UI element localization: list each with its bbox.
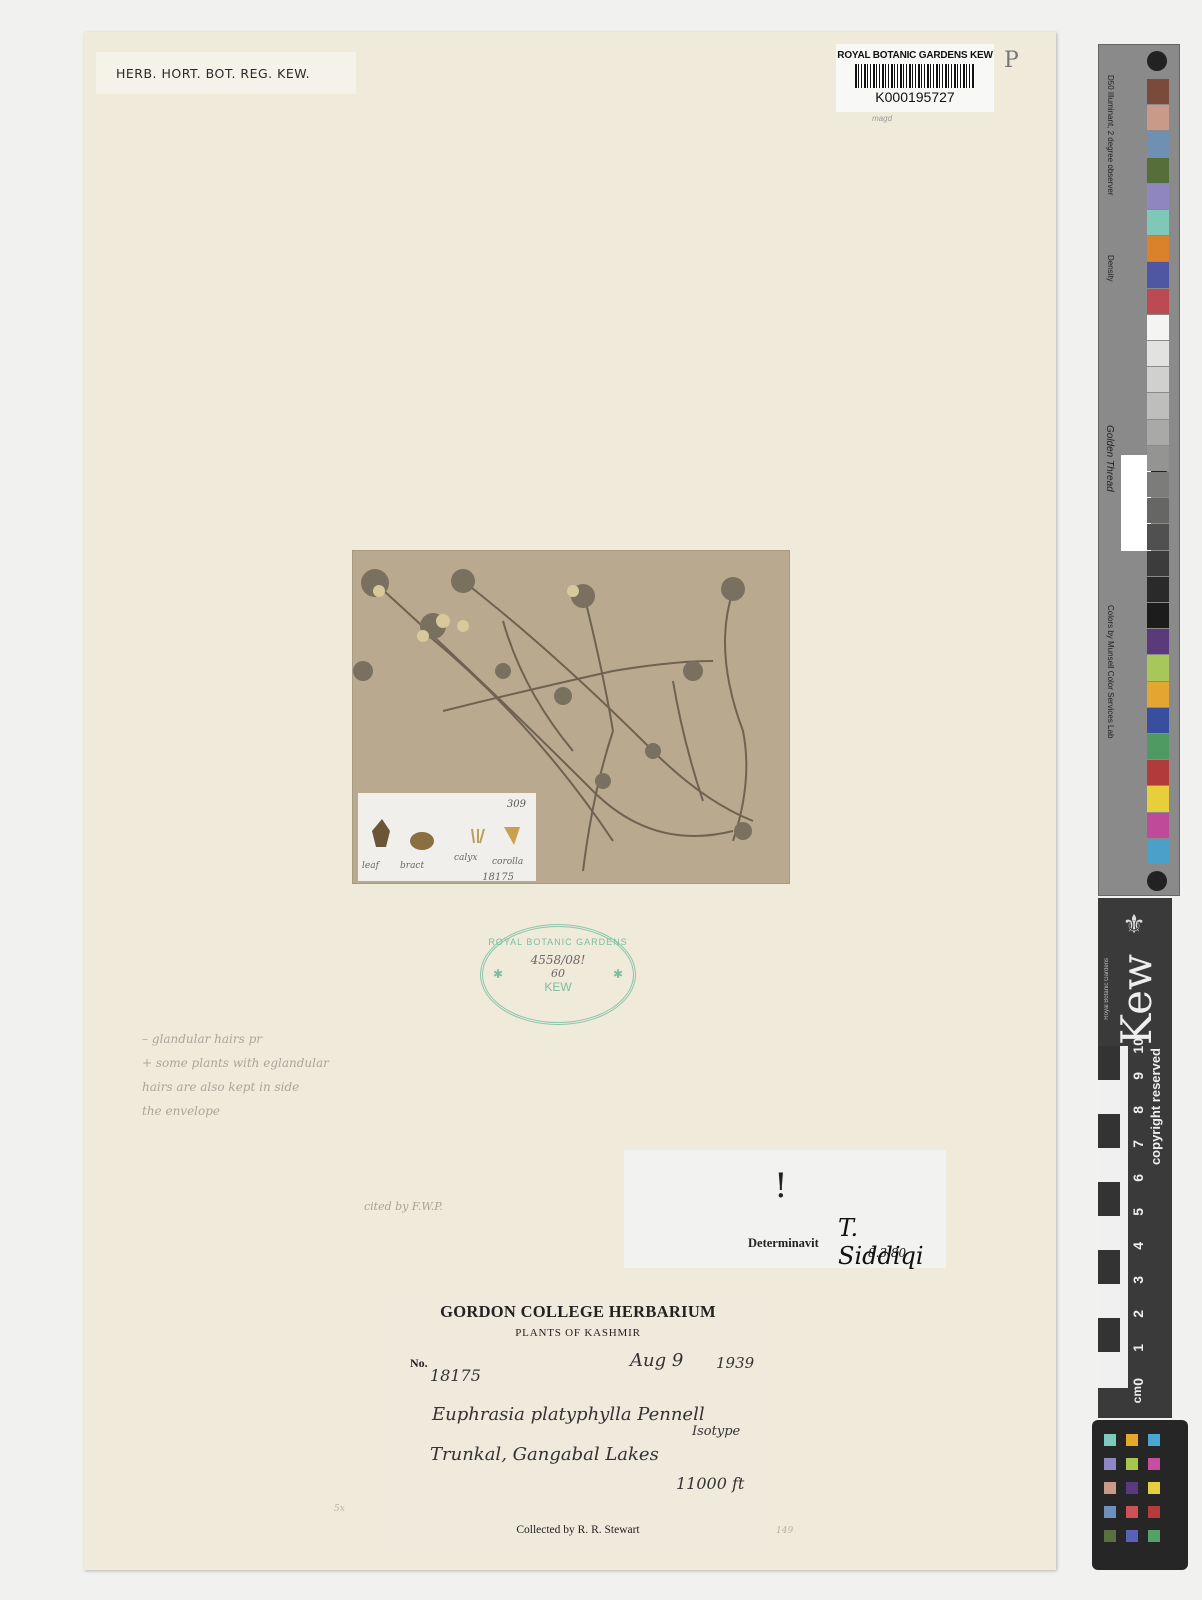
inset-label-corolla: corolla	[492, 857, 523, 867]
specimen-packet: 309 leaf bract calyx corolla 18175	[352, 550, 790, 884]
color-patch	[1126, 1434, 1138, 1446]
ruler-segment	[1098, 1250, 1120, 1284]
color-swatch	[1147, 577, 1169, 602]
barcode-label: ROYAL BOTANIC GARDENS KEW K000195727	[836, 44, 994, 112]
barcode-pencil-note: magd	[872, 114, 892, 123]
barcode-icon	[855, 64, 975, 88]
number-label: No.	[410, 1356, 428, 1371]
color-patch	[1104, 1530, 1116, 1542]
ruler-number: 5	[1130, 1208, 1146, 1216]
annotation-line: – glandular hairs pr	[142, 1027, 442, 1051]
color-patch	[1126, 1506, 1138, 1518]
kew-logo-subtitle: Royal Botanic Gardens	[1104, 958, 1110, 1020]
color-patch	[1104, 1482, 1116, 1494]
color-swatch	[1147, 341, 1169, 366]
color-checker-card	[1092, 1420, 1188, 1570]
ruler-segment	[1098, 1318, 1120, 1352]
stamp-bottom-text: KEW	[483, 980, 633, 994]
color-swatch	[1147, 446, 1169, 471]
ruler-number: 0	[1130, 1378, 1146, 1386]
color-swatch	[1147, 393, 1169, 418]
color-swatch	[1147, 498, 1169, 523]
determination-date: 8.3.80	[868, 1246, 906, 1260]
color-swatch	[1147, 682, 1169, 707]
ruler-number: 10	[1130, 1038, 1146, 1054]
ruler-number: 8	[1130, 1106, 1146, 1114]
color-swatch	[1147, 655, 1169, 680]
ruler-number: 1	[1130, 1344, 1146, 1352]
type-status: Isotype	[692, 1424, 740, 1439]
color-swatch	[1147, 262, 1169, 287]
accession-number: 4558/08!	[483, 953, 633, 967]
color-swatch	[1147, 105, 1169, 130]
density-label: Density	[1101, 255, 1115, 282]
ruler-number: 3	[1130, 1276, 1146, 1284]
brand-text: Golden Thread	[1101, 425, 1115, 492]
ruler-unit: cm	[1130, 1386, 1144, 1403]
accession-sub-number: 60	[483, 967, 633, 980]
pencil-annotation: – glandular hairs pr + some plants with …	[142, 1027, 442, 1123]
color-swatch	[1147, 524, 1169, 549]
locality: Trunkal, Gangabal Lakes	[430, 1444, 659, 1465]
ruler-segment	[1098, 1182, 1120, 1216]
determinavit-text: Determinavit	[748, 1236, 819, 1251]
collection-label: GORDON COLLEGE HERBARIUM PLANTS OF KASHM…	[386, 1286, 770, 1550]
color-swatch	[1147, 289, 1169, 314]
collection-number: 18175	[430, 1366, 481, 1385]
collection-year: 1939	[716, 1354, 754, 1372]
copyright-text: copyright reserved	[1148, 1048, 1163, 1165]
star-icon: ✱	[613, 967, 623, 981]
color-swatch	[1147, 839, 1169, 864]
detail-inset-card: 309 leaf bract calyx corolla 18175	[358, 793, 536, 881]
kew-scale-bar: ⚜ Kew Royal Botanic Gardens copyright re…	[1098, 898, 1172, 1418]
color-patch	[1126, 1458, 1138, 1470]
star-icon: ✱	[493, 967, 503, 981]
collection-label-subtitle: PLANTS OF KASHMIR	[386, 1327, 770, 1339]
color-swatch	[1147, 813, 1169, 838]
color-swatch	[1147, 315, 1169, 340]
pencil-mark: 5x	[334, 1504, 345, 1514]
barcode-id: K000195727	[836, 89, 994, 105]
color-patch	[1104, 1458, 1116, 1470]
determination-label: ! Determinavit T. Siddiqi 8.3.80	[624, 1150, 946, 1268]
ruler-segment	[1098, 1114, 1120, 1148]
inset-label-bract: bract	[400, 861, 424, 871]
ruler-number: 4	[1130, 1242, 1146, 1250]
color-patch	[1104, 1434, 1116, 1446]
kew-logo: Kew	[1112, 954, 1161, 1045]
annotation-line: the envelope	[142, 1099, 442, 1123]
color-patch	[1148, 1506, 1160, 1518]
institution-header-label: HERB. HORT. BOT. REG. KEW.	[96, 52, 356, 94]
color-patch	[1148, 1458, 1160, 1470]
color-swatch	[1147, 786, 1169, 811]
ruler-number: 6	[1130, 1174, 1146, 1182]
corner-mark: P	[1004, 48, 1019, 73]
punch-hole-icon	[1147, 51, 1167, 71]
color-patch	[1148, 1434, 1160, 1446]
collection-date: Aug 9	[630, 1350, 683, 1371]
cm-ruler	[1098, 1046, 1128, 1388]
kew-crest-icon: ⚜	[1116, 906, 1152, 942]
confirmation-mark: !	[774, 1166, 788, 1206]
ruler-number: 2	[1130, 1310, 1146, 1318]
color-patch	[1126, 1530, 1138, 1542]
dissected-parts-icon	[368, 817, 528, 853]
inset-label-leaf: leaf	[362, 861, 379, 871]
punch-hole-icon	[1147, 871, 1167, 891]
color-patch	[1148, 1530, 1160, 1542]
altitude: 11000 ft	[676, 1474, 744, 1493]
determiner-signature: T. Siddiqi	[838, 1214, 946, 1270]
color-swatch	[1147, 603, 1169, 628]
credit-text: Colors by Munsell Color Services Lab	[1101, 605, 1115, 738]
color-swatch	[1147, 420, 1169, 445]
annotation-line: + some plants with eglandular	[142, 1051, 442, 1075]
color-swatch	[1147, 760, 1169, 785]
institution-header-text: HERB. HORT. BOT. REG. KEW.	[116, 66, 310, 81]
pencil-mark: 149	[776, 1526, 793, 1536]
herbarium-sheet: HERB. HORT. BOT. REG. KEW. ROYAL BOTANIC…	[84, 32, 1056, 1570]
illuminant-text: D50 Illuminant, 2 degree observer	[1101, 75, 1115, 196]
color-swatch	[1147, 629, 1169, 654]
collection-label-title: GORDON COLLEGE HERBARIUM	[386, 1302, 770, 1322]
cited-note: cited by F.W.P.	[364, 1200, 443, 1213]
barcode-institution: ROYAL BOTANIC GARDENS KEW	[836, 50, 994, 61]
taxon-name: Euphrasia platyphylla Pennell	[432, 1404, 705, 1425]
collector: Collected by R. R. Stewart	[386, 1524, 770, 1536]
color-swatch	[1147, 79, 1169, 104]
color-patch	[1148, 1482, 1160, 1494]
annotation-line: hairs are also kept in side	[142, 1075, 442, 1099]
color-swatch	[1147, 236, 1169, 261]
color-swatch	[1147, 367, 1169, 392]
stamp-ring-text: ROYAL BOTANIC GARDENS	[483, 937, 633, 947]
color-swatch	[1147, 184, 1169, 209]
color-patch	[1126, 1482, 1138, 1494]
ruler-number: 7	[1130, 1140, 1146, 1148]
ruler-segment	[1098, 1046, 1120, 1080]
color-swatch	[1147, 472, 1169, 497]
ruler-number: 9	[1130, 1072, 1146, 1080]
color-swatch	[1147, 158, 1169, 183]
color-swatch	[1147, 708, 1169, 733]
accession-stamp: ROYAL BOTANIC GARDENS ✱ ✱ 4558/08! 60 KE…	[480, 924, 636, 1025]
color-calibration-scale: D50 Illuminant, 2 degree observer Densit…	[1098, 44, 1180, 896]
color-patch	[1104, 1506, 1116, 1518]
inset-label-calyx: calyx	[454, 853, 477, 863]
color-swatch	[1147, 210, 1169, 235]
inset-collection-number: 18175	[482, 872, 514, 883]
color-swatch	[1147, 551, 1169, 576]
color-swatch	[1147, 734, 1169, 759]
inset-number: 309	[507, 799, 526, 810]
color-swatch	[1147, 131, 1169, 156]
